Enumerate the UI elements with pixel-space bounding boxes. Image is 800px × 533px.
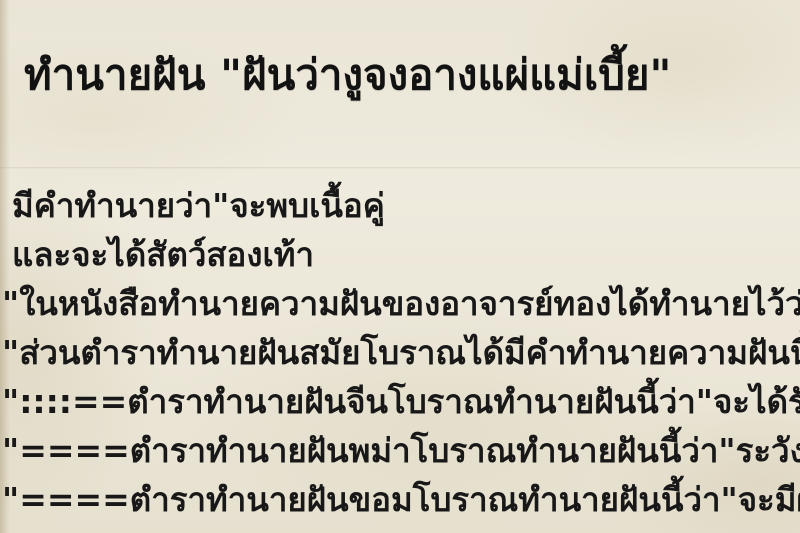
paper-crease-line <box>0 167 800 169</box>
interpretation-line-3: "ในหนังสือทำนายความฝันของอาจารย์ทองได้ทำ… <box>0 279 800 328</box>
interpretation-line-7: "====ตำราทำนายฝันขอมโบราณทำนายฝันนี้ว่า"… <box>0 475 800 524</box>
interpretation-line-6: "====ตำราทำนายฝันพม่าโบราณทำนายฝันนี้ว่า… <box>0 426 800 475</box>
interpretation-line-4: "ส่วนตำราทำนายฝันสมัยโบราณได้มีคำทำนายคว… <box>0 328 800 377</box>
interpretation-line-2: และจะได้สัตว์สองเท้า <box>0 230 800 279</box>
dream-interpretation-page: { "page": { "title": "ทำนายฝัน \"ฝันว่าง… <box>0 0 800 533</box>
interpretation-text-block: มีคำทำนายว่า"จะพบเนื้อคู่ และจะได้สัตว์ส… <box>0 181 800 524</box>
page-title: ทำนายฝัน "ฝันว่างูจงอางแผ่แม่เบี้ย" <box>24 42 800 108</box>
interpretation-line-5: "::::==ตำราทำนายฝันจีนโบราณทำนายฝันนี้ว่… <box>0 377 800 426</box>
interpretation-line-1: มีคำทำนายว่า"จะพบเนื้อคู่ <box>0 181 800 230</box>
